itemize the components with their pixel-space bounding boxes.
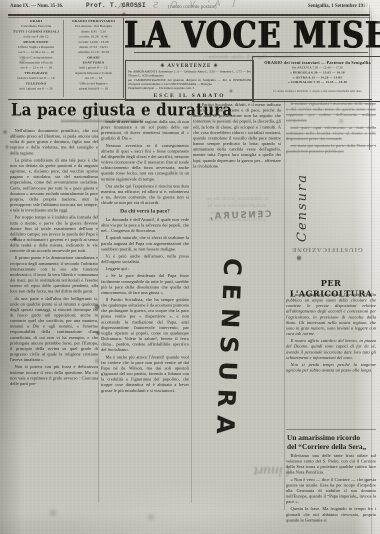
paragraph: Non si poteva con più forza e delicatezz… [10,364,98,386]
notice-line: Pagamenti anticipati — Un numero separat… [128,87,251,91]
notice-line: per l'AMMINISTRAZIONE del giornale dirig… [128,78,251,86]
column-rule-1 [98,103,99,503]
paragraph: La prima condizione di una tale pace è c… [10,157,98,213]
header-divider [63,20,64,97]
railway-line: ore 10 — 16 [65,76,122,81]
railway-line: acceler. 10.28 · 8.46 [65,35,122,40]
column-rule-3 [284,100,285,510]
railway-line: Agenzia Imposte e Catasto [65,71,122,76]
paragraph: tende di aver tutte le ragioni dalla sua… [101,119,189,141]
office-hours-list: ORARI Cancelleria VescovileTUTTI I GIORN… [8,19,64,91]
page-edge-shadow [371,0,372,534]
tram-row: » PERGOLA 6.30 — 13.05 — 18.10 [255,70,380,74]
paragraph: Rileviamo una delle tante frasi stilate … [286,453,376,475]
tram-note: Le vetture fermano a Roncitelli, S. Ange… [255,90,380,93]
ink-specks [0,0,2,2]
place-date: Senigallia, 1 Settembre 1917 [308,4,368,9]
corriere-title-line2: del “Corriere della Sera„ [287,442,379,451]
office-hours-line: Ufficio Vaglia e Risparmi [8,45,64,50]
office-hours-line: tutti i giorni ore 8 — 20 [8,86,64,91]
paragraph: Non si perda tempo perché la stagione ag… [286,362,376,373]
railway-line: ORARI [65,55,122,60]
article-column-2: tende di aver tutte le ragioni dalla sua… [101,119,189,507]
paragraph: Il nostro ufficio cattolico del lavoro, … [286,338,376,360]
paragraph: Questa la frase. Ma frugando in tempo fr… [286,506,376,523]
agriculture-section: Il nostro grande quotidiano l'Avvenire d… [286,292,376,428]
column-2b-text: La domanda è dell'Avanti!, il quale non … [101,217,189,393]
notices-lines: Per ABBONAMENTI: Sostenitore L. 6 — Ordi… [128,70,251,91]
tram-row: Per ARCEVIA 7.05 — 12.40 — 17.20 [255,66,380,70]
printed-content: Anno IX. — Num. 35-36. Prof. T. GROSSI A… [0,0,380,534]
office-hours-line: TELEFONO [8,81,64,86]
tram-times-box: ORARIO dei treni tranviari — Partenze da… [252,56,380,102]
paragraph: « Se la pace desiderata dal Papa fosse f… [101,273,189,295]
office-hours-line: ore 8 — 12 e 14 — 18 [8,66,64,71]
ghost-line: la commissione provinciale pei [193,196,281,203]
tram-times-title: ORARIO dei treni tranviari — Partenze da… [255,60,380,65]
office-hours-lines: Cancelleria VescovileTUTTI I GIORNI FERI… [8,24,64,91]
railway-title: ORARIO FERROVIARIO [65,19,122,24]
office-hours-line: REGIE POSTE [8,40,64,45]
railway-times-list: ORARIO FERROVIARIO Per Ancona · Per Bolo… [65,19,122,91]
corriere-note-text: Rileviamo una delle tante frasi stilate … [286,453,376,523]
paragraph: Il nostro grande quotidiano l'Avvenire d… [286,292,376,337]
paragraph: Vi è però anche dell'amaro, nella prosa … [101,253,189,264]
office-hours-line: TELEGRAFO [8,71,64,76]
office-hours-line: Ufficio Corrispondenze [8,55,64,60]
paragraph: Nessuno avvertiva se il conseguimento al… [101,143,189,182]
paragraph: La domanda è dell'Avanti!, il quale non … [101,217,189,234]
railway-line: giorni feriali 9 — 16 [65,86,122,91]
railway-line: acceler. 14.06 · 13.28 [65,40,122,45]
tram-rows: Per ARCEVIA 7.05 — 12.40 — 17.20» PERGOL… [255,66,380,85]
paragraph: « Non è vero — dice il Corriere — che qu… [286,477,376,505]
censored-text: le notizie riguardanti i movimenti delle… [286,101,376,154]
ghost-line: profughi delle terre invase ha [193,203,281,210]
railway-lines: diretto 6.45 · 5.10acceler. 10.28 · 8.46… [65,29,122,91]
paragraph: da una parte e dall'altra dei belligeran… [10,296,98,363]
railway-line: omnibus 21.18 · 20.03 [65,50,122,55]
article-column-1: Nell'ultimo documento pontificio, che no… [10,128,98,506]
railway-line: diretto 6.45 · 5.10 [65,29,122,34]
paragraph: Ora anche qui l'esperienza è riuscita un… [101,183,189,205]
newspaper-page: Anno IX. — Num. 35-36. Prof. T. GROSSI A… [0,0,380,534]
railway-line: tutti i giorni 9 — 12 [65,66,122,71]
column-2a-text: tende di aver tutte le ragioni dalla sua… [101,119,189,206]
article-column-3: Il Partito Socialista, difatti, è il men… [193,102,281,190]
column-1-text: Nell'ultimo documento pontificio, che no… [10,128,98,387]
paragraph: Ma è anche più atroce l'Avanti! quando v… [101,354,189,393]
article-subhead: Da chi verrà la pace? [101,208,189,215]
article-headline: La pace giusta e duratura [11,100,207,120]
office-hours-line: ore 9 — 12.30 e 14 — 16 [8,50,64,55]
censored-paragraph: le notizie riguardanti i movimenti delle… [286,101,376,123]
corriere-title-line1: Un amarissimo ricordo [287,433,379,442]
flipped-showthrough-word: GIUSTIFICAZIONE [288,246,366,253]
masthead-title: LA VOCE MISENA [124,15,378,57]
paragraph: Per troppo tempo si è indulto alla formu… [10,215,98,254]
censored-paragraph: era stata qui riportata la parte della N… [286,143,376,154]
column-2-text: tende di aver tutte le ragioni dalla sua… [101,119,189,393]
agriculture-text: Il nostro grande quotidiano l'Avvenire d… [286,292,376,373]
paragraph: Il Partito Socialista, che ha sempre gri… [101,297,189,353]
railway-line: Ufficio del Registro [65,81,122,86]
section-rule [286,429,376,430]
column-3-text: Il Partito Socialista, difatti, è il men… [193,102,281,169]
corriere-note-title: Un amarissimo ricordo del “Corriere dell… [287,433,379,452]
notice-line: Per ABBONAMENTI: Sostenitore L. 6 — Ordi… [128,70,251,78]
postal-note: (Conto corrente postale) [168,5,217,10]
office-hours-title: ORARI [8,19,64,24]
masthead-rule [134,52,368,53]
corriere-note-section: Rileviamo una delle tante frasi stilate … [286,453,376,533]
showthrough-fragment: i inurt [198,462,290,478]
office-hours-box: ORARI Cancelleria VescovileTUTTI I GIORN… [8,19,64,98]
railway-times-box: ORARIO FERROVIARIO Per Ancona · Per Bolo… [65,19,122,98]
railway-columns: Per Ancona · Per Bologna [65,24,122,29]
notices-title: ✳ AVVERTENZE ✳ [128,63,251,69]
railway-line: ESATTORIA [65,61,122,66]
issue-number: Anno IX. — Num. 35-36. [10,4,63,9]
notices-box: ✳ AVVERTENZE ✳ Per ABBONAMENTI: Sostenit… [125,60,254,101]
paragraph: Leggete qui : [101,266,189,272]
office-hours-line: feriali e festivi ore 8 — 19 [8,76,64,81]
office-hours-line: dalle ore 9 alle 12 [8,35,64,40]
railway-line: diretto 17.53 · 16.51 [65,45,122,50]
office-hours-line: Raccomandate e Pacchi [8,61,64,66]
torn-corner [364,0,380,28]
office-hours-line: TUTTI I GIORNI FERIALI [8,29,64,34]
tram-row: » CORINALDO 7.50 — 13.45 — 18.40 [255,80,380,84]
paragraph: Nell'ultimo documento pontificio, che no… [10,128,98,156]
office-hours-line: Cancelleria Vescovile [8,24,64,29]
paragraph: È quindi naturale, che si sforzi di sval… [101,235,189,252]
paragraph: Il Partito Socialista, difatti, è il men… [193,102,281,169]
column-rule-2 [191,103,192,503]
censored-paragraph: così pure ogni riferimento ai fatti dell… [286,125,376,142]
paragraph: Il primo punto è la diminuzione simultan… [10,255,98,294]
tram-row: » OSTRA 8.15 — 14.20 — 19.05 [255,75,380,79]
censored-block: le notizie riguardanti i movimenti delle… [286,101,376,241]
